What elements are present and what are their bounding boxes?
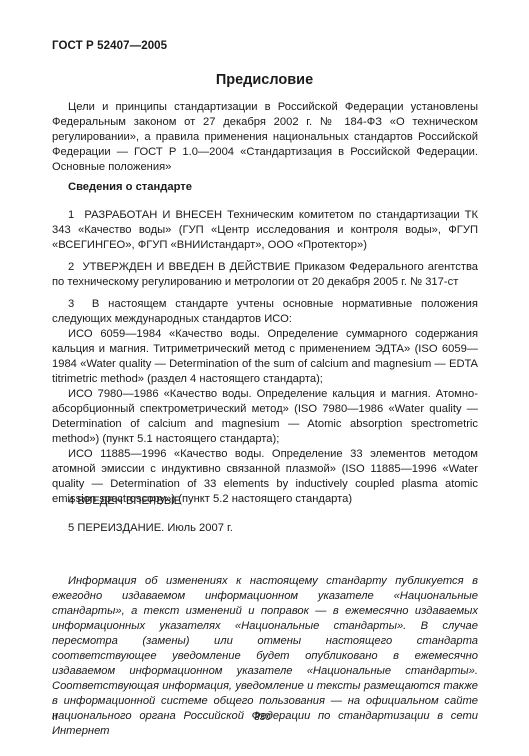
- iso-reference: ИСО 6059—1984 «Качество воды. Определени…: [52, 327, 478, 387]
- iso-reference: ИСО 7980—1986 «Качество воды. Определени…: [52, 387, 478, 447]
- intro-text: Цели и принципы стандартизации в Российс…: [52, 100, 478, 175]
- info-heading-block: Сведения о стандарте: [52, 180, 478, 195]
- document-id-header: ГОСТ Р 52407—2005: [52, 40, 167, 52]
- item-text: В настоящем стандарте учтены основные но…: [52, 298, 478, 325]
- item-number: 2: [68, 261, 74, 273]
- intro-paragraph: Цели и принципы стандартизации в Российс…: [52, 100, 478, 175]
- item-5-text: 5 ПЕРЕИЗДАНИЕ. Июль 2007 г.: [52, 521, 478, 536]
- item-4: 4 ВВЕДЕН ВПЕРВЫЕ: [52, 494, 478, 509]
- item-number: 1: [68, 209, 74, 221]
- item-lead: РАЗРАБОТАН И ВНЕСЕН: [84, 209, 222, 221]
- section-heading: Сведения о стандарте: [52, 180, 478, 195]
- item-lead: УТВЕРЖДЕН И ВВЕДЕН В ДЕЙСТВИЕ: [83, 261, 291, 273]
- item-number: 3: [68, 298, 74, 310]
- item-5: 5 ПЕРЕИЗДАНИЕ. Июль 2007 г.: [52, 521, 478, 536]
- item-4-text: 4 ВВЕДЕН ВПЕРВЫЕ: [52, 494, 478, 509]
- roman-page-number: II: [52, 712, 58, 723]
- item-1: 1 РАЗРАБОТАН И ВНЕСЕН Техническим комите…: [52, 208, 478, 253]
- page-number: 330: [254, 712, 271, 723]
- page-title: Предисловие: [0, 72, 529, 88]
- document-page: ГОСТ Р 52407—2005 Предисловие Цели и при…: [0, 0, 529, 756]
- item-3: 3 В настоящем стандарте учтены основные …: [52, 297, 478, 507]
- item-2: 2 УТВЕРЖДЕН И ВВЕДЕН В ДЕЙСТВИЕ Приказом…: [52, 260, 478, 290]
